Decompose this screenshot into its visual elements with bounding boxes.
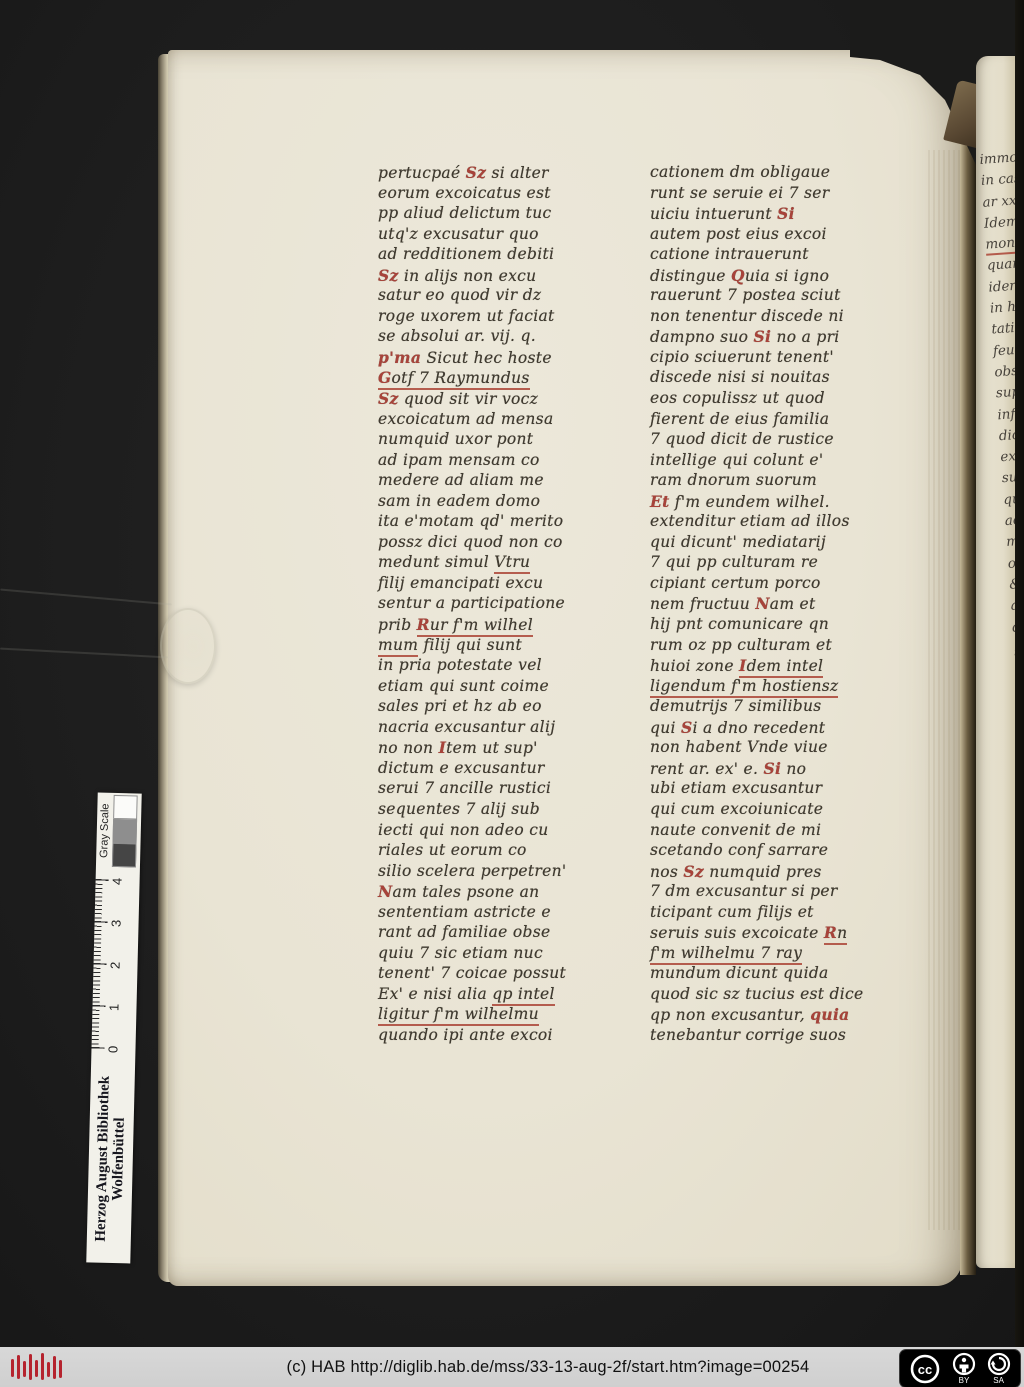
manuscript-line: ubi etiam excusantur: [650, 779, 926, 800]
manuscript-line: pp aliud delictum tuc: [378, 204, 640, 225]
cc-sa-icon: [987, 1352, 1011, 1376]
ruler-ticks: [91, 877, 108, 1049]
manuscript-line: quar di: [986, 253, 1015, 279]
manuscript-line: serui 7 ancille rustici: [378, 779, 640, 800]
manuscript-line: qui dicunt' mediatarij: [650, 533, 926, 554]
manuscript-line: utq'z excusatur quo: [378, 225, 640, 246]
svg-text:cc: cc: [918, 1362, 932, 1377]
library-label: Herzog August Bibliothek Wolfenbüttel: [86, 1054, 135, 1263]
manuscript-line: nos Sz numquid pres: [650, 862, 926, 883]
manuscript-line: runt se seruie ei 7 ser: [650, 184, 926, 205]
manuscript-line: scetando conf sarrare: [650, 841, 926, 862]
manuscript-line: ita e'motam qd' merito: [378, 512, 640, 533]
right-text-column: cationem dm obligauerunt se seruie ei 7 …: [650, 163, 926, 1047]
manuscript-line: ae f'm h: [1004, 508, 1015, 534]
cc-by-label: BY: [959, 1377, 970, 1385]
manuscript-line: ticipant cum filijs et: [650, 903, 926, 924]
page-holder-strip: [0, 589, 172, 606]
manuscript-line: ligitur f'm wilhelmu: [378, 1005, 640, 1026]
page-holder-clip: [160, 608, 216, 684]
library-city: Wolfenbüttel: [110, 1117, 128, 1201]
cc-by-icon: [952, 1352, 976, 1376]
manuscript-line: fierent de eius familia: [650, 410, 926, 431]
manuscript-line: nem fructuu Nam et: [650, 594, 926, 615]
manuscript-line: rant ad familiae obse: [378, 923, 640, 944]
manuscript-line: 7 dm excusantur si per: [650, 882, 926, 903]
manuscript-line: quando ipi ante excoi: [378, 1026, 640, 1047]
manuscript-line: tati sunt: [991, 317, 1015, 343]
manuscript-line: intellige qui colunt e': [650, 451, 926, 472]
manuscript-line: Idem Go: [983, 211, 1015, 237]
manuscript-line: ligendum f'm hostiensz: [650, 677, 926, 698]
manuscript-line: sunt Sed: [1001, 466, 1015, 492]
manuscript-line: ad redditionem debiti: [378, 245, 640, 266]
manuscript-line: magno pr: [1006, 529, 1015, 555]
manuscript-line: pertucpaé Sz si alter: [378, 163, 640, 184]
manuscript-line: riales ut eorum co: [378, 841, 640, 862]
manuscript-line: ram dnorum suorum: [650, 471, 926, 492]
manuscript-line: mon f: [985, 232, 1015, 258]
manuscript-line: f'm wilhelmu 7 ray: [650, 944, 926, 965]
manuscript-line: cationem dm obligaue: [650, 163, 926, 184]
manuscript-line: tenent' 7 coicae possut: [378, 964, 640, 985]
manuscript-line: immo cet: [979, 147, 1015, 173]
manuscript-line: medere ad aliam me: [378, 471, 640, 492]
color-calibration-strip: Herzog August Bibliothek Wolfenbüttel 0 …: [86, 793, 141, 1264]
facing-page-text: immo cetin casumar xxviIdem Gomon fquar …: [979, 147, 1015, 1066]
manuscript-line: in casum: [980, 168, 1015, 194]
manuscript-line: obsequiu: [994, 359, 1015, 385]
digitized-manuscript-viewer: immo cetin casumar xxviIdem Gomon fquar …: [0, 0, 1024, 1387]
manuscript-line: excomuni: [1000, 444, 1015, 470]
manuscript-line: rauerunt 7 postea sciut: [650, 286, 926, 307]
manuscript-line: feudos o: [992, 338, 1015, 364]
gray-swatch-dark: [112, 843, 137, 868]
manuscript-line: superiores: [995, 381, 1015, 407]
manuscript-line: Sz in alijs non excu: [378, 266, 640, 287]
manuscript-line: excoicatum ad mensa: [378, 410, 640, 431]
manuscript-line: distingue Quia si igno: [650, 266, 926, 287]
manuscript-line: extenditur etiam ad illos: [650, 512, 926, 533]
manuscript-line: in pria potestate vel: [378, 656, 640, 677]
manuscript-line: huioi zone Idem intel: [650, 656, 926, 677]
manuscript-line: sentur a participatione: [378, 594, 640, 615]
manuscript-line: naute convenit de mi: [650, 821, 926, 842]
manuscript-line: iecti qui non adeo cu: [378, 821, 640, 842]
manuscript-line: dicendum: [998, 423, 1015, 449]
manuscript-line: se absolui ar. vij. q.: [378, 327, 640, 348]
manuscript-line: cipio sciuerunt tenent': [650, 348, 926, 369]
manuscript-line: inferiorum: [997, 402, 1015, 428]
manuscript-line: uiciu intuerunt Si: [650, 204, 926, 225]
ruler-number: 0: [105, 1046, 120, 1054]
manuscript-line: eos copulissz ut quod: [650, 389, 926, 410]
manuscript-line: no non Item ut sup': [378, 738, 640, 759]
manuscript-line: cipiant certum porco: [650, 574, 926, 595]
manuscript-line: rent ar. ex' e. Si no: [650, 759, 926, 780]
grayscale-swatches: Gray Scale: [96, 793, 142, 870]
manuscript-line: ad ipam mensam co: [378, 451, 640, 472]
manuscript-line: nacria excusantur alij: [378, 718, 640, 739]
manuscript-line: Ex' e nisi alia qp intel: [378, 985, 640, 1006]
manuscript-line: roge uxorem ut faciat: [378, 307, 640, 328]
manuscript-line: qui Si a dno recedent: [650, 718, 926, 739]
manuscript-line: Sz quod sit vir vocz: [378, 389, 640, 410]
manuscript-line: quiu 7 sic etiam nuc: [378, 944, 640, 965]
manuscript-line: tenebantur corrige suos: [650, 1026, 926, 1047]
manuscript-line: in hijs m: [989, 296, 1015, 322]
manuscript-line: Gotf 7 Raymundus: [378, 368, 640, 389]
manuscript-line: quod sic sz tucius est dice: [650, 985, 926, 1006]
manuscript-line: quo non: [1003, 487, 1015, 513]
manuscript-line: sam in eadem domo: [378, 492, 640, 513]
manuscript-line: os vitae: [1007, 551, 1015, 577]
manuscript-line: dictum e excusantur: [378, 759, 640, 780]
manuscript-line: p'ma Sicut hec hoste: [378, 348, 640, 369]
cc-sa-label: SA: [993, 1377, 1004, 1385]
manuscript-line: 7 quod dicit de rustice: [650, 430, 926, 451]
manuscript-line: silio scelera perpetren': [378, 862, 640, 883]
page-holder-strip: [0, 648, 168, 659]
grayscale-label: Gray Scale: [98, 803, 111, 858]
ruler-number: 3: [108, 920, 123, 928]
manuscript-line: Nam tales psone an: [378, 882, 640, 903]
manuscript-line: qui cum excoiunicate: [650, 800, 926, 821]
binding-gutter-shadow: [960, 50, 976, 1275]
manuscript-line: sales pri et hz ab eo: [378, 697, 640, 718]
manuscript-line: seruis suis excoicate Rn: [650, 923, 926, 944]
manuscript-line: mundum dicunt quida: [650, 964, 926, 985]
manuscript-line: rum oz pp culturam et: [650, 636, 926, 657]
manuscript-line: Et f'm eundem wilhel.: [650, 492, 926, 513]
manuscript-line: possz dici quod non co: [378, 533, 640, 554]
cm-ruler: 0 1 2 3 4: [91, 869, 140, 1056]
binding-edge-strip: [1015, 0, 1024, 1347]
copyright-url: (c) HAB http://diglib.hab.de/mss/33-13-a…: [36, 1358, 1024, 1377]
manuscript-line: ident o: [988, 274, 1015, 300]
ruler-number: 4: [109, 878, 124, 886]
gray-swatch-mid: [113, 819, 138, 844]
manuscript-line: 7 qui pp culturam re: [650, 553, 926, 574]
left-text-column: pertucpaé Sz si altereorum excoicatus es…: [378, 163, 640, 1047]
manuscript-line: prib Rur f'm wilhel: [378, 615, 640, 636]
manuscript-line: sententiam astricte e: [378, 903, 640, 924]
footer-bar: (c) HAB http://diglib.hab.de/mss/33-13-a…: [0, 1347, 1024, 1387]
manuscript-line: dampno suo Si no a pri: [650, 327, 926, 348]
manuscript-line: ar xxvi: [982, 189, 1015, 215]
manuscript-line: demutrijs 7 similibus: [650, 697, 926, 718]
cc-icon: cc: [909, 1353, 941, 1385]
manuscript-line: filij emancipati excu: [378, 574, 640, 595]
manuscript-line: mum filij qui sunt: [378, 636, 640, 657]
manuscript-line: non habent Vnde viue: [650, 738, 926, 759]
manuscript-line: autem post eius excoi: [650, 225, 926, 246]
grayscale-row: [112, 795, 138, 868]
manuscript-line: satur eo quod vir dz: [378, 286, 640, 307]
ruler-number: 1: [106, 1004, 121, 1012]
manuscript-line: discede nisi si nouitas: [650, 368, 926, 389]
manuscript-line: hij pnt comunicare qn: [650, 615, 926, 636]
manuscript-line: qp non excusantur, quia: [650, 1005, 926, 1026]
manuscript-line: sequentes 7 alij sub: [378, 800, 640, 821]
facing-page-sliver: immo cetin casumar xxviIdem Gomon fquar …: [976, 56, 1015, 1268]
fore-edge-striations: [928, 150, 962, 1230]
manuscript-line: eorum excoicatus est: [378, 184, 640, 205]
manuscript-line: etiam qui sunt coime: [378, 677, 640, 698]
cc-license-badge: cc BY SA: [899, 1349, 1021, 1387]
manuscript-line: catione intrauerunt: [650, 245, 926, 266]
manuscript-line: numquid uxor pont: [378, 430, 640, 451]
manuscript-line: medunt simul Vtru: [378, 553, 640, 574]
gray-swatch-white: [113, 795, 138, 820]
manuscript-line: non tenentur discede ni: [650, 307, 926, 328]
ruler-number: 2: [107, 962, 122, 970]
